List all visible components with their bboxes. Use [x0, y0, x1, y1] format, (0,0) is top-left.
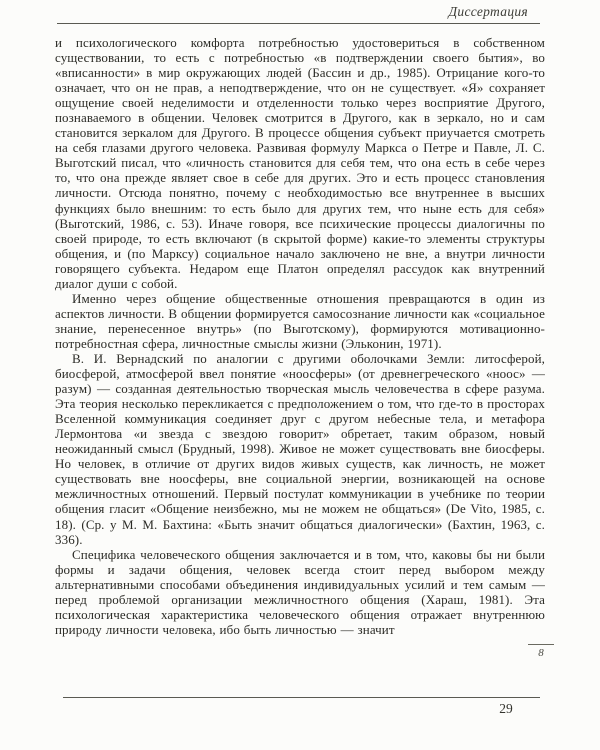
text-block: и психологического комфорта потребностью… — [55, 35, 545, 637]
page-number: 29 — [480, 701, 532, 717]
signature-rule — [528, 644, 554, 645]
signature-number: 8 — [538, 647, 544, 659]
printer-signature-mark: 8 — [528, 644, 554, 659]
header-rule — [57, 23, 540, 24]
book-page: Диссертация и психологического комфорта … — [0, 0, 600, 750]
paragraph: Именно через общение общественные отноше… — [55, 291, 545, 351]
page-header: Диссертация — [57, 4, 528, 20]
paragraph: Специфика человеческого общения заключае… — [55, 547, 545, 637]
running-title: Диссертация — [449, 4, 528, 19]
paragraph: В. И. Вернадский по аналогии с другими о… — [55, 351, 545, 547]
paragraph-continuation: и психологического комфорта потребностью… — [55, 35, 545, 291]
footer-rule — [63, 697, 540, 698]
